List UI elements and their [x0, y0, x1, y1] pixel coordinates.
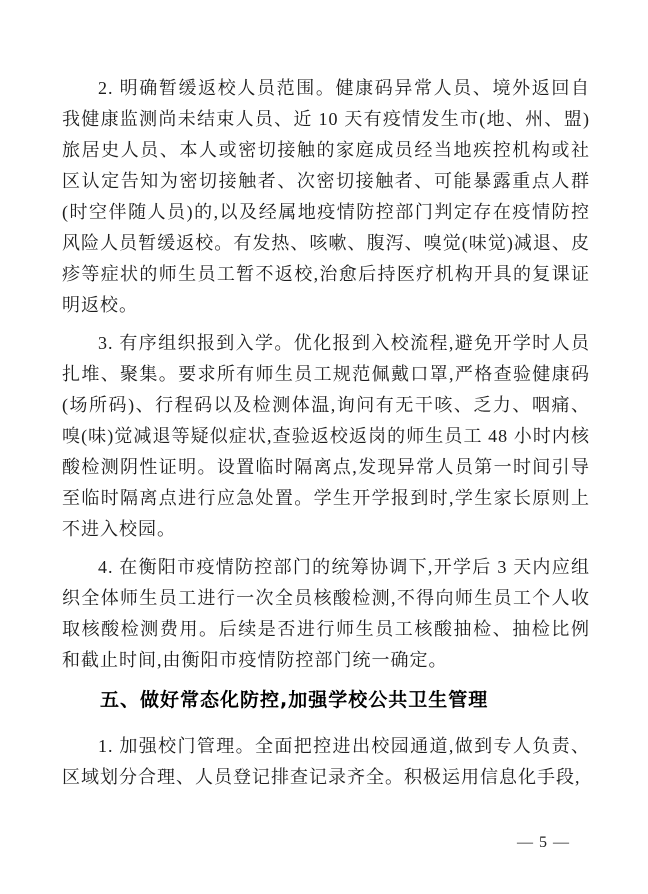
paragraph-item-3: 3. 有序组织报到入学。优化报到入校流程,避免开学时人员扎堆、聚集。要求所有师生… — [62, 328, 590, 545]
paragraph-item-4: 4. 在衡阳市疫情防控部门的统筹协调下,开学后 3 天内应组织全体师生员工进行一… — [62, 552, 590, 676]
document-page: 2. 明确暂缓返校人员范围。健康码异常人员、境外返回自我健康监测尚未结束人员、近… — [0, 0, 648, 894]
document-body: 2. 明确暂缓返校人员范围。健康码异常人员、境外返回自我健康监测尚未结束人员、近… — [62, 73, 590, 793]
paragraph-item-2: 2. 明确暂缓返校人员范围。健康码异常人员、境外返回自我健康监测尚未结束人员、近… — [62, 73, 590, 321]
paragraph-item-1: 1. 加强校门管理。全面把控进出校园通道,做到专人负责、区域划分合理、人员登记排… — [62, 731, 590, 793]
page-number: — 5 — — [517, 834, 570, 852]
section-heading-5: 五、做好常态化防控,加强学校公共卫生管理 — [62, 685, 590, 716]
